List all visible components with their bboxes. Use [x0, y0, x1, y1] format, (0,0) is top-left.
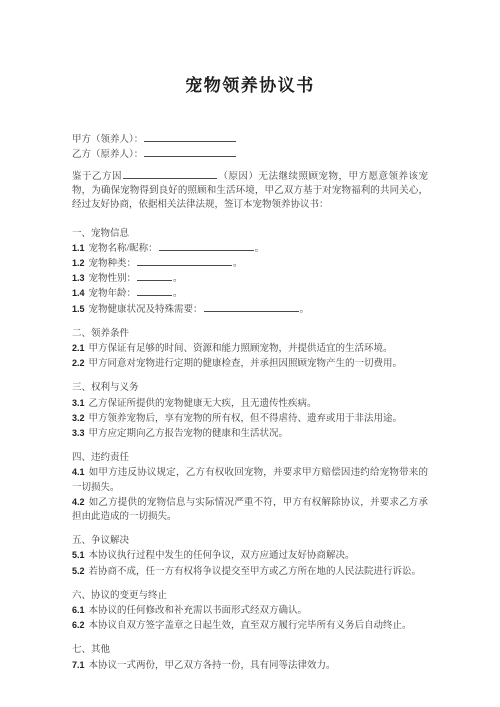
- clause-text: 甲方同意对宠物进行定期的健康检查，并承担因照顾宠物产生的一切费用。: [89, 359, 403, 369]
- clause-text: 本协议一式两份，甲乙双方各持一份，具有同等法律效力。: [89, 661, 336, 671]
- clause-text: 宠物名称/昵称：: [89, 244, 158, 254]
- clause-text: 甲方领养宠物后，享有宠物的所有权，但不得虐待、遗弃或用于非法用途。: [89, 414, 403, 424]
- clause: 3.2甲方领养宠物后，享有宠物的所有权，但不得虐待、遗弃或用于非法用途。: [72, 411, 428, 426]
- section: 七、其他7.1本协议一式两份，甲乙双方各持一份，具有同等法律效力。: [72, 643, 428, 672]
- clause-number: 5.1: [72, 550, 85, 560]
- clause-number: 7.1: [72, 660, 85, 670]
- clause-text: 宠物健康状况及特殊需要：: [89, 305, 203, 315]
- clause-text: 鉴于乙方因: [72, 172, 122, 182]
- fill-in-blank: [144, 151, 236, 157]
- clause-number: 1.3: [72, 273, 85, 283]
- document-page: 宠物领养协议书 甲方（领养人）：乙方（原养人）： 鉴于乙方因（原因）无法继续照顾…: [0, 0, 500, 707]
- clause-text: 如乙方提供的宠物信息与实际情况严重不符，甲方有权解除协议，并要求乙方承担由此造成…: [72, 498, 428, 522]
- clause: 7.1本协议一式两份，甲乙双方各持一份，具有同等法律效力。: [72, 658, 428, 673]
- clause-text: 宠物年龄：: [89, 289, 137, 299]
- section: 四、违约责任4.1如甲方违反协议规定，乙方有权收回宠物，并要求甲方赔偿因违约给宠…: [72, 451, 428, 524]
- clause-number: 4.2: [72, 497, 85, 507]
- clause-text: 。: [173, 274, 183, 284]
- fill-in-blank: [123, 173, 217, 179]
- clause-number: 1.2: [72, 258, 85, 268]
- clause: 1.2宠物种类：。: [72, 256, 428, 271]
- clause-text: 甲方应定期向乙方报告宠物的健康和生活状况。: [89, 429, 289, 439]
- section-heading: 七、其他: [72, 643, 428, 657]
- clause-text: 甲方保证有足够的时间、资源和能力照顾宠物，并提供适宜的生活环境。: [89, 344, 393, 354]
- clause: 1.3宠物性别：。: [72, 271, 428, 286]
- clause: 6.2本协议自双方签字盖章之日起生效，直至双方履行完毕所有义务后自动终止。: [72, 618, 428, 633]
- clause-text: 本协议的任何修改和补充需以书面形式经双方确认。: [89, 606, 308, 616]
- clause: 1.5宠物健康状况及特殊需要：。: [72, 302, 428, 317]
- fill-in-blank: [204, 306, 299, 312]
- clause-number: 6.1: [72, 605, 85, 615]
- fill-in-blank: [137, 275, 172, 281]
- section-heading: 二、领养条件: [72, 327, 428, 341]
- clause: 3.1乙方保证所提供的宠物健康无大疾，且无遗传性疾病。: [72, 396, 428, 411]
- clause-number: 2.2: [72, 358, 85, 368]
- party-label: 乙方（原养人）：: [72, 150, 143, 160]
- fill-in-blank: [137, 260, 232, 266]
- party-label: 甲方（领养人）：: [72, 135, 143, 145]
- section-heading: 一、宠物信息: [72, 227, 428, 241]
- section-heading: 四、违约责任: [72, 451, 428, 465]
- section: 六、协议的变更与终止6.1本协议的任何修改和补充需以书面形式经双方确认。6.2本…: [72, 589, 428, 634]
- clause-text: 。: [233, 259, 243, 269]
- clause-number: 3.1: [72, 398, 85, 408]
- preamble: 鉴于乙方因（原因）无法继续照顾宠物，甲方愿意领养该宠物，为确保宠物得到良好的照顾…: [72, 170, 428, 213]
- section: 一、宠物信息1.1宠物名称/昵称：。1.2宠物种类：。1.3宠物性别：。1.4宠…: [72, 227, 428, 317]
- section: 五、争议解决5.1本协议执行过程中发生的任何争议，双方应通过友好协商解决。5.2…: [72, 534, 428, 579]
- clause-text: 。: [173, 289, 183, 299]
- clause-number: 1.5: [72, 304, 85, 314]
- clause-number: 1.1: [72, 243, 85, 253]
- clause: 1.1宠物名称/昵称：。: [72, 241, 428, 256]
- section-heading: 六、协议的变更与终止: [72, 589, 428, 603]
- section-heading: 五、争议解决: [72, 534, 428, 548]
- party-line: 甲方（领养人）：: [72, 133, 428, 148]
- clause: 5.1本协议执行过程中发生的任何争议，双方应通过友好协商解决。: [72, 548, 428, 563]
- clause: 6.1本协议的任何修改和补充需以书面形式经双方确认。: [72, 603, 428, 618]
- clause-text: 本协议自双方签字盖章之日起生效，直至双方履行完毕所有义务后自动终止。: [89, 621, 412, 631]
- clause-text: 若协商不成，任一方有权将争议提交至甲方或乙方所在地的人民法院进行诉讼。: [89, 567, 422, 577]
- parties-block: 甲方（领养人）：乙方（原养人）：: [72, 133, 428, 163]
- clause-number: 3.3: [72, 428, 85, 438]
- fill-in-blank: [144, 136, 236, 142]
- clause-text: 。: [255, 244, 265, 254]
- party-line: 乙方（原养人）：: [72, 148, 428, 163]
- clause: 4.2如乙方提供的宠物信息与实际情况严重不符，甲方有权解除协议，并要求乙方承担由…: [72, 495, 428, 524]
- clause-text: 乙方保证所提供的宠物健康无大疾，且无遗传性疾病。: [89, 399, 317, 409]
- clause-text: 宠物性别：: [89, 274, 137, 284]
- fill-in-blank: [137, 290, 172, 296]
- sections-container: 一、宠物信息1.1宠物名称/昵称：。1.2宠物种类：。1.3宠物性别：。1.4宠…: [72, 227, 428, 673]
- clause: 2.2甲方同意对宠物进行定期的健康检查，并承担因照顾宠物产生的一切费用。: [72, 356, 428, 371]
- section: 三、权利与义务3.1乙方保证所提供的宠物健康无大疾，且无遗传性疾病。3.2甲方领…: [72, 381, 428, 441]
- document-title: 宠物领养协议书: [72, 76, 428, 96]
- fill-in-blank: [159, 245, 254, 251]
- clause: 5.2若协商不成，任一方有权将争议提交至甲方或乙方所在地的人民法院进行诉讼。: [72, 564, 428, 579]
- clause: 1.4宠物年龄：。: [72, 286, 428, 301]
- clause-number: 1.4: [72, 288, 85, 298]
- section-heading: 三、权利与义务: [72, 381, 428, 395]
- clause-number: 5.2: [72, 566, 85, 576]
- clause: 3.3甲方应定期向乙方报告宠物的健康和生活状况。: [72, 426, 428, 441]
- clause-text: 如甲方违反协议规定，乙方有权收回宠物，并要求甲方赔偿因违约给宠物带来的一切损失。: [72, 468, 428, 492]
- clause-number: 6.2: [72, 620, 85, 630]
- clause: 4.1如甲方违反协议规定，乙方有权收回宠物，并要求甲方赔偿因违约给宠物带来的一切…: [72, 465, 428, 494]
- clause-text: 宠物种类：: [89, 259, 137, 269]
- clause: 2.1甲方保证有足够的时间、资源和能力照顾宠物，并提供适宜的生活环境。: [72, 341, 428, 356]
- section: 二、领养条件2.1甲方保证有足够的时间、资源和能力照顾宠物，并提供适宜的生活环境…: [72, 327, 428, 372]
- clause-number: 3.2: [72, 413, 85, 423]
- clause-text: 本协议执行过程中发生的任何争议，双方应通过友好协商解决。: [89, 551, 355, 561]
- clause-number: 4.1: [72, 467, 85, 477]
- clause-text: 。: [300, 305, 310, 315]
- clause-number: 2.1: [72, 343, 85, 353]
- document-content: 宠物领养协议书 甲方（领养人）：乙方（原养人）： 鉴于乙方因（原因）无法继续照顾…: [72, 0, 428, 673]
